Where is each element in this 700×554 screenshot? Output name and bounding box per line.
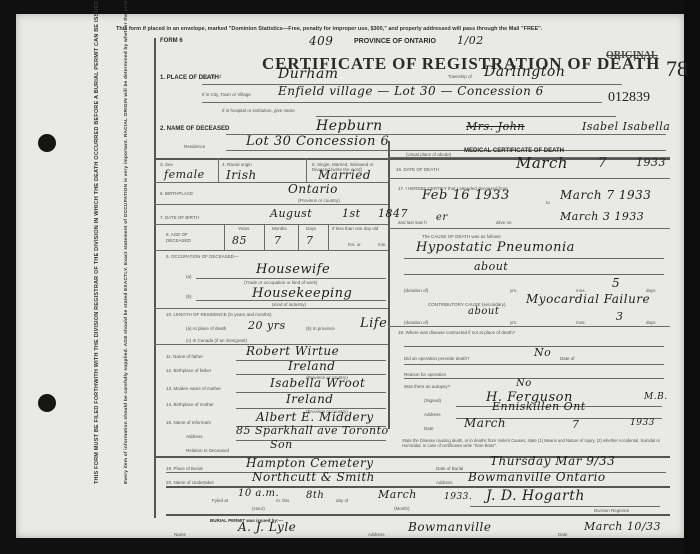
death-certificate: THIS FORM MUST BE FILED FORTHWITH WITH T… xyxy=(16,14,684,538)
contributory-about: about xyxy=(468,306,499,317)
rule xyxy=(218,158,219,182)
age-months: 7 xyxy=(274,234,282,247)
residence-province-label: (b) In province xyxy=(306,326,335,331)
date-of-birth-label: 7. DATE OF BIRTH xyxy=(160,215,199,220)
contributory-yrs-label: yrs. xyxy=(510,320,517,325)
side-instructions-right: Every item of information should be care… xyxy=(124,0,129,484)
date-of-death-label: 16. DATE OF DEATH xyxy=(396,167,439,172)
occupation-b-value: Housekeeping xyxy=(252,286,352,301)
death-month: March xyxy=(516,154,568,172)
undertaker-label: 20. Name of Undertaker xyxy=(166,480,214,485)
occupation-b-caption: (Kind of industry) xyxy=(272,302,306,307)
alive-on-date: March 3 1933 xyxy=(560,210,644,223)
occupation-a-label: (a) xyxy=(186,274,192,279)
physician-date-day: 7 xyxy=(572,418,580,431)
burial-place: Hampton Cemetery xyxy=(246,456,373,470)
punch-hole xyxy=(38,394,56,412)
place-of-death-label: 1. PLACE OF DEATH xyxy=(160,75,200,82)
permit-date-label: Date xyxy=(558,532,568,537)
burial-place-label: 19. Place of Burial xyxy=(166,466,203,471)
age-months-label: Months xyxy=(272,226,287,231)
racial-origin-value: Irish xyxy=(226,168,257,182)
attended-from: Feb 16 1933 xyxy=(422,188,510,203)
filed-label: Fyled at xyxy=(212,498,228,503)
operation-date-label: Date of xyxy=(560,356,575,361)
death-day: 7 xyxy=(598,156,607,171)
deceased-given-name: Isabel Isabella xyxy=(582,120,670,133)
city-value: Enfield village — Lot 30 — Concession 6 xyxy=(278,84,544,98)
less-than-day-label: If less than one day old xyxy=(332,226,378,231)
filed-day-label: day of xyxy=(336,498,348,503)
undertaker-address-label: Address xyxy=(436,480,453,485)
filed-month: March xyxy=(378,488,417,501)
cause-instructions: State the Disease causing death, or in d… xyxy=(402,438,666,448)
rule xyxy=(388,326,670,327)
rule xyxy=(166,514,670,516)
birth-year: 1847 xyxy=(378,207,408,220)
death-year: 1933 xyxy=(636,156,666,169)
rule xyxy=(154,182,388,183)
informant-label: 15. Name of Informant xyxy=(166,420,211,425)
occupation-b-label: (b) xyxy=(186,294,192,299)
cause-about: about xyxy=(474,260,508,273)
rule xyxy=(226,150,666,151)
marital-status-value: Married xyxy=(318,168,371,182)
sex-value: female xyxy=(164,168,205,181)
relation-value: Son xyxy=(270,438,293,451)
rule xyxy=(154,224,388,225)
last-saw-label: and last saw h xyxy=(398,220,427,225)
father-name-value: Robert Wirtue xyxy=(246,344,339,358)
permit-address: Bowmanville xyxy=(408,520,491,534)
age-years: 85 xyxy=(232,234,247,247)
rule xyxy=(154,204,388,205)
age-label: 8. AGE OF DECEASED xyxy=(166,232,206,244)
filed-year: 1933. xyxy=(444,492,472,502)
mother-maiden-value: Isabella Wroot xyxy=(270,376,365,390)
informant-value: Albert E. Middery xyxy=(256,410,374,424)
rule xyxy=(404,258,664,259)
age-days: 7 xyxy=(306,234,314,247)
form-label: FORM 6 xyxy=(160,38,183,44)
alive-on-label: alive on xyxy=(496,220,512,225)
burial-date-label: Date of Burial xyxy=(436,466,463,471)
age-years-label: Years xyxy=(238,226,249,231)
birthplace-label: 6. BIRTHPLACE xyxy=(160,191,193,196)
contributory-days-label: days xyxy=(646,320,656,325)
filed-month-caption: (Month) xyxy=(394,506,410,511)
registrar-caption: Division Registrar xyxy=(594,508,629,513)
filed-hour: 10 a.m. xyxy=(238,488,279,499)
q18-label: 18. Where was disease contracted if not … xyxy=(398,330,515,335)
filed-this-label: m. this xyxy=(276,498,289,503)
contributory-mos-label: mos. xyxy=(576,320,586,325)
residence-length-label: 10. LENGTH OF RESIDENCE (in years and mo… xyxy=(166,312,272,317)
cause-label: The CAUSE OF DEATH was as follows: xyxy=(422,234,502,239)
registrar-signature: J. D. Hogarth xyxy=(486,488,585,504)
physician-date-label: Date xyxy=(424,426,434,431)
birthplace-caption: (Province or country) xyxy=(298,198,340,203)
rule xyxy=(196,300,386,301)
rule xyxy=(154,308,388,309)
autopsy-label: Was there an autopsy? xyxy=(404,384,450,389)
informant-address: 85 Sparkhall ave Toronto xyxy=(236,424,389,437)
min-label: min. xyxy=(378,242,387,247)
physician-date-year: 1933 xyxy=(630,418,655,428)
rule xyxy=(298,224,299,250)
duration-yrs-label: yrs. xyxy=(510,288,517,293)
rule xyxy=(154,250,388,251)
autopsy-value: No xyxy=(516,378,532,389)
operation-label: Did an operation precede death? xyxy=(404,356,470,361)
permit-name-label: Name xyxy=(174,532,186,537)
residence-province-value: Life xyxy=(360,316,387,331)
sex-label: 3. Sex xyxy=(160,162,173,167)
cause-of-death: Hypostatic Pneumonia xyxy=(416,240,575,255)
contributory-cause: Myocardial Failure xyxy=(526,292,650,306)
hrs-label: hrs. or xyxy=(348,242,361,247)
physician-address-label: Address xyxy=(424,412,441,417)
undertaker-address: Bowmanville Ontario xyxy=(468,470,606,484)
township-value: Darlington xyxy=(484,64,565,80)
physician-address: Enniskillen Ont xyxy=(492,400,586,413)
registration-number: 409 xyxy=(309,34,333,48)
county-value: Durham xyxy=(278,66,339,82)
informant-address-label: Address xyxy=(186,434,203,439)
father-birthplace-label: 12. Birthplace of father xyxy=(166,368,211,373)
frame-middle xyxy=(388,141,390,429)
frame-left xyxy=(154,38,156,518)
attended-to-label: to xyxy=(546,200,550,205)
punch-hole xyxy=(38,134,56,152)
rule xyxy=(388,228,670,229)
father-birthplace-value: Ireland xyxy=(288,359,335,373)
duration-days: 5 xyxy=(612,276,620,290)
filed-hour-caption: (Hour) xyxy=(252,506,265,511)
attended-to: March 7 1933 xyxy=(560,188,651,202)
mother-birthplace-label: 14. Birthplace of mother xyxy=(166,402,214,407)
burial-date: Thursday Mar 9/33 xyxy=(490,454,615,468)
province-label: PROVINCE OF ONTARIO xyxy=(354,38,436,45)
residence-value: Lot 30 Concession 6 xyxy=(246,134,389,149)
racial-origin-label: 4. Racial origin xyxy=(222,162,252,167)
permit-address-label: Address xyxy=(368,532,385,537)
residence-label: Residence xyxy=(184,144,205,149)
rule xyxy=(224,224,225,250)
rule xyxy=(196,278,386,279)
physician-degree: M.B. xyxy=(644,392,668,402)
rule xyxy=(264,224,265,250)
birth-day: 1st xyxy=(342,207,361,220)
signed-label: (Signed) xyxy=(424,398,441,403)
rule xyxy=(306,158,307,182)
rule xyxy=(404,364,664,365)
side-instructions-left: THIS FORM MUST BE FILED FORTHWITH WITH T… xyxy=(94,0,100,484)
township-label: Township of xyxy=(448,74,472,79)
rule xyxy=(388,178,670,179)
rule xyxy=(328,224,329,250)
permit-date: March 10/33 xyxy=(584,520,661,533)
deceased-given-struck: Mrs. John xyxy=(466,120,525,133)
name-of-deceased-label: 2. NAME OF DECEASED xyxy=(160,126,229,132)
father-name-label: 11. Name of father xyxy=(166,354,203,359)
birthplace-value: Ontario xyxy=(288,182,338,196)
province-note: 1/02 xyxy=(457,34,484,47)
rule xyxy=(404,274,664,275)
rule xyxy=(236,440,386,441)
rule xyxy=(154,158,670,160)
hospital-label: If in hospital or institution, give name xyxy=(222,108,295,113)
scan-border xyxy=(684,0,700,554)
county-label: County of xyxy=(202,74,221,79)
residence-at-place-label: (a) At place of death xyxy=(186,326,226,331)
contributory-days: 3 xyxy=(616,310,624,323)
birth-month: August xyxy=(270,207,312,220)
contributory-duration-label: (duration of) xyxy=(404,320,428,325)
page-number: 78 xyxy=(666,56,688,82)
occupation-a-caption: (Trade or occupation or kind of work) xyxy=(244,280,317,285)
operation-reason-label: Reason for operation xyxy=(404,372,446,377)
rule xyxy=(202,102,602,103)
last-saw-pronoun: er xyxy=(436,212,448,223)
deceased-surname: Hepburn xyxy=(316,118,383,134)
relation-label: Relation to Deceased xyxy=(186,448,229,453)
occupation-label: 9. OCCUPATION OF DECEASED— xyxy=(166,254,238,259)
mailing-notice: This form if placed in an envelope, mark… xyxy=(116,26,542,32)
age-days-label: Days xyxy=(306,226,316,231)
residence-canada-label: (c) In Canada (if an immigrant) xyxy=(186,338,247,343)
city-label: If in City, Town or Village xyxy=(202,92,251,97)
permit-issuer: A. J. Lyle xyxy=(238,520,296,534)
rule xyxy=(316,116,616,117)
undertaker-name: Northcutt & Smith xyxy=(252,470,375,484)
mother-birthplace-value: Ireland xyxy=(286,392,333,406)
occupation-a-value: Housewife xyxy=(256,262,330,277)
rule xyxy=(404,378,664,379)
serial-number: 012839 xyxy=(608,90,650,106)
filed-day: 8th xyxy=(306,490,324,501)
physician-date-month: March xyxy=(464,416,506,430)
residence-at-place-value: 20 yrs xyxy=(248,319,286,332)
mother-maiden-label: 13. Maiden name of mother xyxy=(166,386,221,391)
duration-label: (duration of) xyxy=(404,288,428,293)
rule xyxy=(470,506,660,507)
operation-value: No xyxy=(534,346,551,359)
